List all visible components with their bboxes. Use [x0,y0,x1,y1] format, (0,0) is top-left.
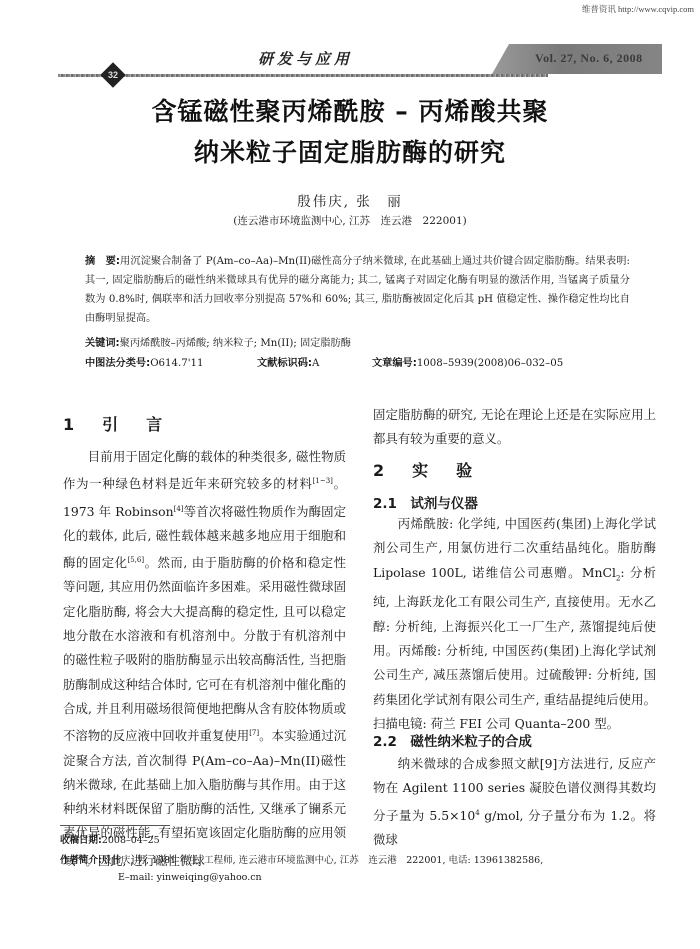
abstract-text: 用沉淀聚合制备了 P(Am–co–Aa)–Mn(II)磁性高分子纳米微球, 在此… [85,256,630,324]
paragraph-intro-continued: 固定脂肪酶的研究, 无论在理论上还是在实际应用上都具有较为重要的意义。 [373,403,656,452]
footnote-divider [60,825,170,826]
clc-value: O614.7'11 [150,358,203,369]
title-line-2: 纳米粒子固定脂肪酶的研究 [0,133,700,169]
header-rule [58,74,548,77]
affiliation: (连云港市环境监测中心, 江苏 连云港 222001) [0,213,700,228]
watermark: 维普资讯 http://www.cqvip.com [582,3,694,15]
left-column: 目前用于固定化酶的载体的种类很多, 磁性物质作为一种绿色材料是近年来研究较多的材… [63,445,346,873]
section-1-heading: 1 引 言 [63,412,168,435]
doc-label: 文献标识码: [257,358,312,369]
volume-label: Vol. 27, No. 6, 2008 [535,51,643,66]
author-email[interactable]: E–mail: yinweiqing@yahoo.cn [118,872,262,883]
paragraph-intro: 目前用于固定化酶的载体的种类很多, 磁性物质作为一种绿色材料是近年来研究较多的材… [63,445,346,873]
doc-value: A [312,358,319,369]
citation: [5,6] [128,556,145,564]
page-number: 32 [104,67,122,85]
citation: [4] [174,505,184,513]
received-date: 收稿日期:2008–04–25 [60,832,160,846]
abstract-label: 摘 要: [85,256,120,267]
section-2-2-heading: 2.2 磁性纳米粒子的合成 [373,730,532,750]
citation: [1~3] [313,477,333,485]
keywords: 关键词:聚丙烯酰胺–丙烯酸; 纳米粒子; Mn(II); 固定脂肪酶 [85,334,351,349]
section-2-heading: 2 实 验 [373,458,478,481]
right-column: 固定脂肪酶的研究, 无论在理论上还是在实际应用上都具有较为重要的意义。 [373,403,656,452]
keywords-text: 聚丙烯酰胺–丙烯酸; 纳米粒子; Mn(II); 固定脂肪酶 [120,338,351,349]
keywords-label: 关键词: [85,338,120,349]
author-bio: 作者简介:殷伟庆, 男, 1981 年生, 工程师, 连云港市环境监测中心, 江… [60,852,543,866]
authors: 殷伟庆, 张 丽 [0,190,700,210]
clc-label: 中图法分类号: [85,358,150,369]
article-number: 文章编号:1008–5939(2008)06–032–05 [372,354,563,369]
section-2-1-heading: 2.1 试剂与仪器 [373,492,478,512]
article-value: 1008–5939(2008)06–032–05 [417,358,563,369]
title-line-1: 含锰磁性聚丙烯酰胺 – 丙烯酸共聚 [0,92,700,128]
section-tag: 研发与应用 [258,48,353,69]
clc-code: 中图法分类号:O614.7'11 [85,354,257,369]
abstract: 摘 要:用沉淀聚合制备了 P(Am–co–Aa)–Mn(II)磁性高分子纳米微球… [85,252,630,328]
doc-code: 文献标识码:A [257,354,372,369]
synthesis-paragraph: 纳米微球的合成参照文献[9]方法进行, 反应产物在 Agilent 1100 s… [373,752,656,852]
running-header: 32 研发与应用 Vol. 27, No. 6, 2008 [40,40,655,90]
article-label: 文章编号: [372,358,417,369]
citation: [7] [249,729,259,737]
classification: 中图法分类号:O614.7'11文献标识码:A文章编号:1008–5939(20… [85,354,630,369]
reagents-paragraph: 丙烯酰胺: 化学纯, 中国医药(集团)上海化学试剂公司生产, 用氯仿进行二次重结… [373,512,656,736]
